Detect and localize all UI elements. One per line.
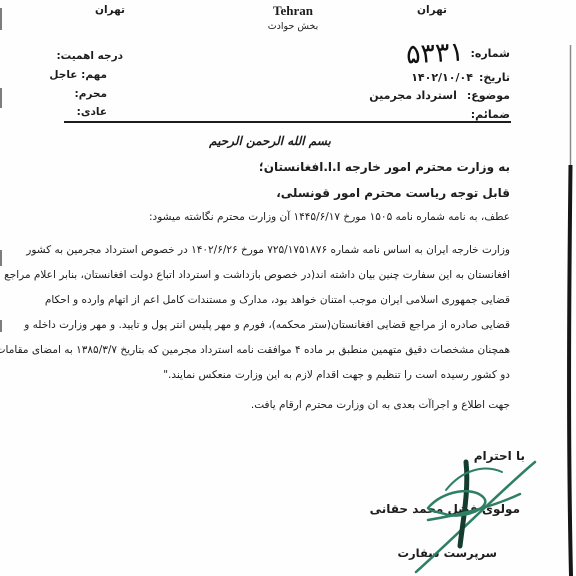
attention-line: قابل توجه ریاست محترم امور قونسلی، xyxy=(276,186,510,200)
scan-edge-line-right xyxy=(566,0,576,576)
closing-line: جهت اطلاع و اجراآت بعدی به ان وزارت محتر… xyxy=(251,399,510,411)
meta-subject-row: موضوع: استرداد مجرمین xyxy=(369,89,510,102)
bismillah-line: بسم الله الرحمن الرحیم xyxy=(200,134,340,148)
date-label: تاریخ: xyxy=(479,71,510,84)
meta-attachments-row: ضمائم: xyxy=(471,108,510,121)
date-value: ۱۴۰۲/۱۰/۰۴ xyxy=(411,71,473,84)
body-line: قضایی صادره از مراجع قضایی افغانستان(ستر… xyxy=(60,313,510,338)
signature-scribble xyxy=(388,450,550,576)
number-label: شماره: xyxy=(470,47,510,60)
header-divider-rule xyxy=(64,121,511,123)
subject-label: موضوع: xyxy=(467,89,510,102)
scanned-letter-page: تهران Tehran بخش حوادث تهران شماره: ۵۳۳۱… xyxy=(0,0,576,576)
scan-mark-left xyxy=(0,88,2,108)
subject-value: استرداد مجرمین xyxy=(369,89,457,102)
meta-date-row: تاریخ: ۱۴۰۲/۱۰/۰۴ xyxy=(411,71,510,84)
handwritten-letter-number: ۵۳۳۱ xyxy=(406,37,466,71)
header-city-english: Tehran xyxy=(248,3,338,19)
scan-mark-left xyxy=(0,250,2,266)
reference-line: عطف، به نامه شماره نامه ۱۵۰۵ مورخ ۱۴۴۵/۶… xyxy=(149,211,510,223)
body-line: دو کشور رسیده است را تنظیم و جهت اقدام ل… xyxy=(60,363,510,388)
importance-confidential: محرم: xyxy=(75,88,108,100)
header-city-left: تهران xyxy=(95,4,125,16)
header-city-right: تهران xyxy=(417,4,447,16)
addressee-line: به وزارت محترم امور خارجه ا.ا.افغانستان؛ xyxy=(259,160,510,174)
header-section-label: بخش حوادث xyxy=(248,21,338,32)
importance-title: درجه اهمیت: xyxy=(56,50,123,62)
scan-mark-left xyxy=(0,320,2,332)
meta-number-row: شماره: ۵۳۳۱ xyxy=(406,38,510,69)
body-line: وزارت خارجه ایران به اساس نامه شماره ۷۲۵… xyxy=(60,238,510,263)
importance-urgent: مهم: عاجل xyxy=(49,69,107,81)
body-line: قضایی جمهوری اسلامی ایران موجب امتنان خو… xyxy=(60,288,510,313)
body-paragraph: وزارت خارجه ایران به اساس نامه شماره ۷۲۵… xyxy=(60,238,510,388)
attachments-label: ضمائم: xyxy=(471,108,510,121)
body-line: همچنان مشخصات دقیق متهمین منطبق بر ماده … xyxy=(60,338,510,363)
body-line: افغانستان به این سفارت چنین بیان داشته ا… xyxy=(60,263,510,288)
scan-mark-left xyxy=(0,8,2,30)
importance-ordinary: عادی: xyxy=(77,106,107,118)
